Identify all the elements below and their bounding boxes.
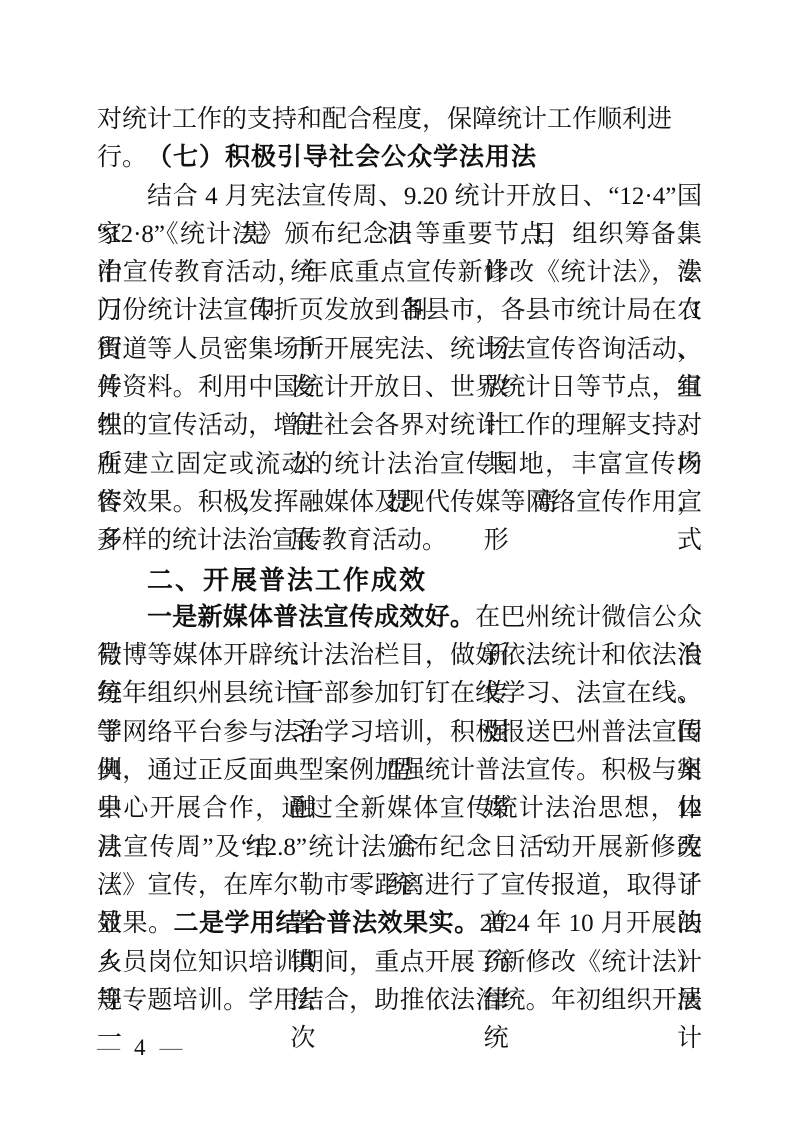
page-number: 4 (134, 1033, 146, 1063)
text-segment: 二是学用结合普法效果实。 (174, 910, 480, 937)
page-number-dash-left: — (97, 1035, 120, 1060)
text-segment: 一是新媒体普法宣传成效好。 (147, 604, 475, 631)
document-body: 对统计工作的支持和配合程度，保障统计工作顺利进行。（七）积极引导社会公众学法用法… (97, 101, 702, 1020)
page-footer: —4— (97, 1033, 183, 1063)
text-line: 规专题培训。学用结合，助推依法治统。年初组织开展一次统计 (97, 982, 702, 1020)
text-line: 万份统计法宣传折页发放到各县市，各县市统计局在农贸市场、 (97, 292, 702, 330)
text-line: 法》宣传，在库尔勒市零距离进行了宣传报道，取得了显著普法 (97, 867, 702, 905)
text-segment: 多样的统计法治宣传教育活动。 (97, 527, 447, 554)
text-line: 街道等人员密集场所开展宪法、统计法宣传咨询活动，并发放宣 (97, 331, 702, 369)
page-number-dash-right: — (160, 1035, 183, 1060)
text-line: 传资料。利用中国统计开放日、世界统计日等节点，组织有针对 (97, 369, 702, 407)
text-line: 每年组织州县统计干部参加钉钉在线学习、法宣在线、学习强国 (97, 675, 702, 713)
text-segment: 效果。 (97, 910, 174, 937)
text-line: 所建立固定或流动的统计法治宣传园地，丰富宣传内容，提高宣 (97, 446, 702, 484)
text-line: 微博等媒体开辟统计法治栏目，做好依法统计和依法治统宣传。 (97, 637, 702, 675)
text-line: 例，通过正反面典型案例加强统计普法宣传。积极与州县融媒体 (97, 752, 702, 790)
text-line: （七）积极引导社会公众学法用法 (97, 139, 702, 177)
document-page: 对统计工作的支持和配合程度，保障统计工作顺利进行。（七）积极引导社会公众学法用法… (0, 0, 793, 1122)
text-line: 人员岗位知识培训期间，重点开展了新修改《统计法》等法律法 (97, 944, 702, 982)
text-line: 等网络平台参与法治学习培训，积极报送巴州普法宣传典型案 (97, 714, 702, 752)
text-line: 二、开展普法工作成效 (97, 561, 702, 599)
text-segment: 规专题培训。学用结合，助推依法治统。年初组织开展一次统计 (97, 987, 702, 1052)
text-line: 性的宣传活动，增进社会各界对统计工作的理解支持。在公共场 (97, 407, 702, 445)
text-line: 结合 4 月宪法宣传周、9.20 统计开放日、“12·4”国家宪法日、 (97, 178, 702, 216)
text-line: 法宣传周”及“12.8”统计法颁布纪念日活动开展新修改《统计 (97, 829, 702, 867)
text-line: 治宣传教育活动，年底重点宣传新修改《统计法》，专门印制 1 (97, 254, 702, 292)
text-line: 中心开展合作，通过全新媒体宣传统计法治思想，12 月结合“宪 (97, 790, 702, 828)
text-line: 传效果。积极发挥融媒体及现代传媒等网络宣传作用，开展形式 (97, 484, 702, 522)
text-line: 对统计工作的支持和配合程度，保障统计工作顺利进行。 (97, 101, 702, 139)
text-line: 效果。二是学用结合普法效果实。2024 年 10 月开展的乡镇统计 (97, 905, 702, 943)
text-segment: 二、开展普法工作成效 (147, 565, 427, 595)
text-segment: （七）积极引导社会公众学法用法 (147, 144, 537, 171)
text-line: 一是新媒体普法宣传成效好。在巴州统计微信公众号、新浪 (97, 599, 702, 637)
text-line: “12·8”《统计法》颁布纪念日等重要节点，组织筹备集中统计法 (97, 216, 702, 254)
